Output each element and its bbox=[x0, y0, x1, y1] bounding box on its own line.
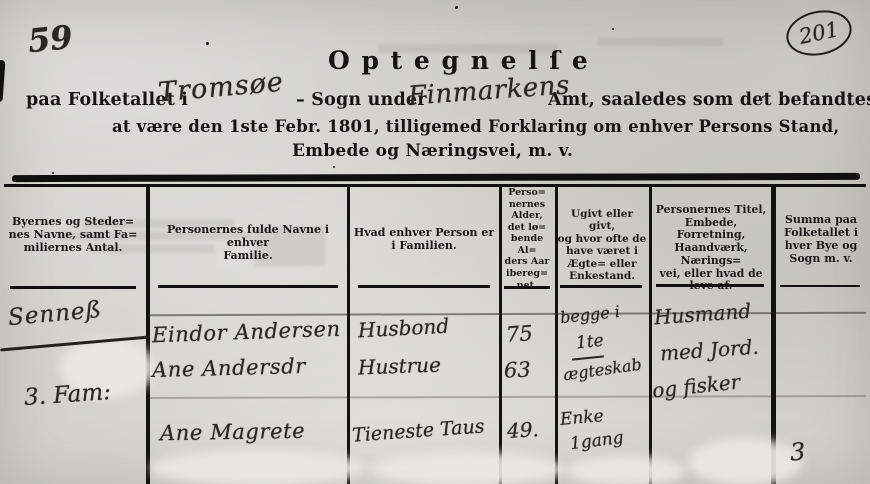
entry-person-role: Tieneste Taus bbox=[351, 415, 485, 446]
header-underline-col4 bbox=[504, 286, 550, 289]
erasure-smudge bbox=[566, 456, 686, 484]
erasure-smudge bbox=[150, 450, 365, 484]
column-header-age: Perso= nernes Alder, det lø= bende Al= d… bbox=[501, 187, 553, 291]
column-header-names: Personernes fulde Navne i enhver Familie… bbox=[152, 224, 344, 263]
column-header-marital: Ugivt eller givt, og hvor ofte de have v… bbox=[557, 208, 647, 282]
entry-summa-total: 3 bbox=[789, 438, 806, 467]
entry-marital-couple-line2: 1te bbox=[575, 331, 605, 354]
entry-occupation-line1: Husmand bbox=[653, 299, 752, 330]
column-header-place: Byernes og Steder= nes Navne, samt Fa= m… bbox=[2, 216, 144, 255]
entry-person-age: 49. bbox=[506, 417, 539, 443]
folio-number: 59 bbox=[26, 18, 74, 60]
heading-line3: at være den 1ste Febr. 1801, tilligemed … bbox=[112, 117, 839, 136]
header-underline-col2 bbox=[158, 285, 338, 288]
column-header-role: Hvad enhver Person er i Familien. bbox=[352, 227, 496, 253]
heading-county-handwritten: Finmarkens bbox=[407, 70, 571, 111]
header-underline-col7 bbox=[780, 285, 860, 287]
header-underline-col1 bbox=[10, 286, 136, 289]
entry-person-age: 63 bbox=[504, 358, 532, 383]
scan-speck bbox=[455, 6, 458, 9]
heading-line2-part3: Amt, saaledes som det befandtes bbox=[548, 90, 870, 110]
entry-person-name: Ane Andersdr bbox=[152, 354, 306, 382]
entry-person-name: Eindor Andersen bbox=[152, 317, 341, 348]
entry-family-number: 3. Fam: bbox=[23, 379, 112, 411]
stamp-number: 201 bbox=[797, 17, 841, 49]
heading-line4: Embede og Næringsvei, m. v. bbox=[292, 141, 573, 161]
column-header-occupation: Personernes Titel, Embede, Forretning, H… bbox=[652, 204, 770, 293]
heading-place-handwritten: Tromsøe bbox=[157, 67, 285, 109]
scan-speck bbox=[612, 28, 614, 30]
erasure-smudge bbox=[370, 452, 565, 484]
entry-person-name: Ane Magrete bbox=[160, 419, 306, 446]
entry-marital-servant-line2: 1gang bbox=[569, 428, 625, 454]
entry-occupation-line2: med Jord. bbox=[659, 335, 759, 366]
scan-speck bbox=[206, 42, 209, 45]
header-underline-col5 bbox=[560, 285, 642, 288]
row-rule-middle bbox=[148, 395, 866, 398]
entry-person-role: Husbond bbox=[357, 314, 449, 343]
entry-marital-couple-line1: begge i bbox=[559, 302, 621, 327]
scan-edge-mark bbox=[0, 60, 5, 102]
entry-person-role: Hustrue bbox=[358, 353, 442, 380]
bleed-through-text bbox=[598, 38, 723, 46]
scan-speck bbox=[52, 172, 54, 174]
table-top-bar bbox=[12, 173, 860, 182]
header-underline-col6 bbox=[656, 284, 764, 287]
table-vertical-rule-6 bbox=[771, 186, 776, 484]
census-scan-page: 59 201 O p t e g n e l ſ e paa Folketall… bbox=[0, 0, 870, 484]
table-top-rule bbox=[4, 184, 866, 187]
entry-occupation-line3: og fisker bbox=[651, 369, 741, 402]
scan-speck bbox=[333, 166, 335, 168]
entry-place-name: Senneß bbox=[7, 297, 103, 331]
row-rule-top bbox=[148, 312, 866, 317]
entry-person-age: 75 bbox=[505, 321, 533, 347]
column-header-summa: Summa paa Folketallet i hver Bye og Sogn… bbox=[776, 214, 866, 266]
entry-marital-servant-line1: Enke bbox=[559, 406, 604, 430]
page-stamp-circle: 201 bbox=[782, 5, 856, 62]
table-vertical-rule-2 bbox=[347, 186, 350, 484]
header-underline-col3 bbox=[358, 285, 490, 288]
erasure-smudge bbox=[688, 438, 803, 484]
